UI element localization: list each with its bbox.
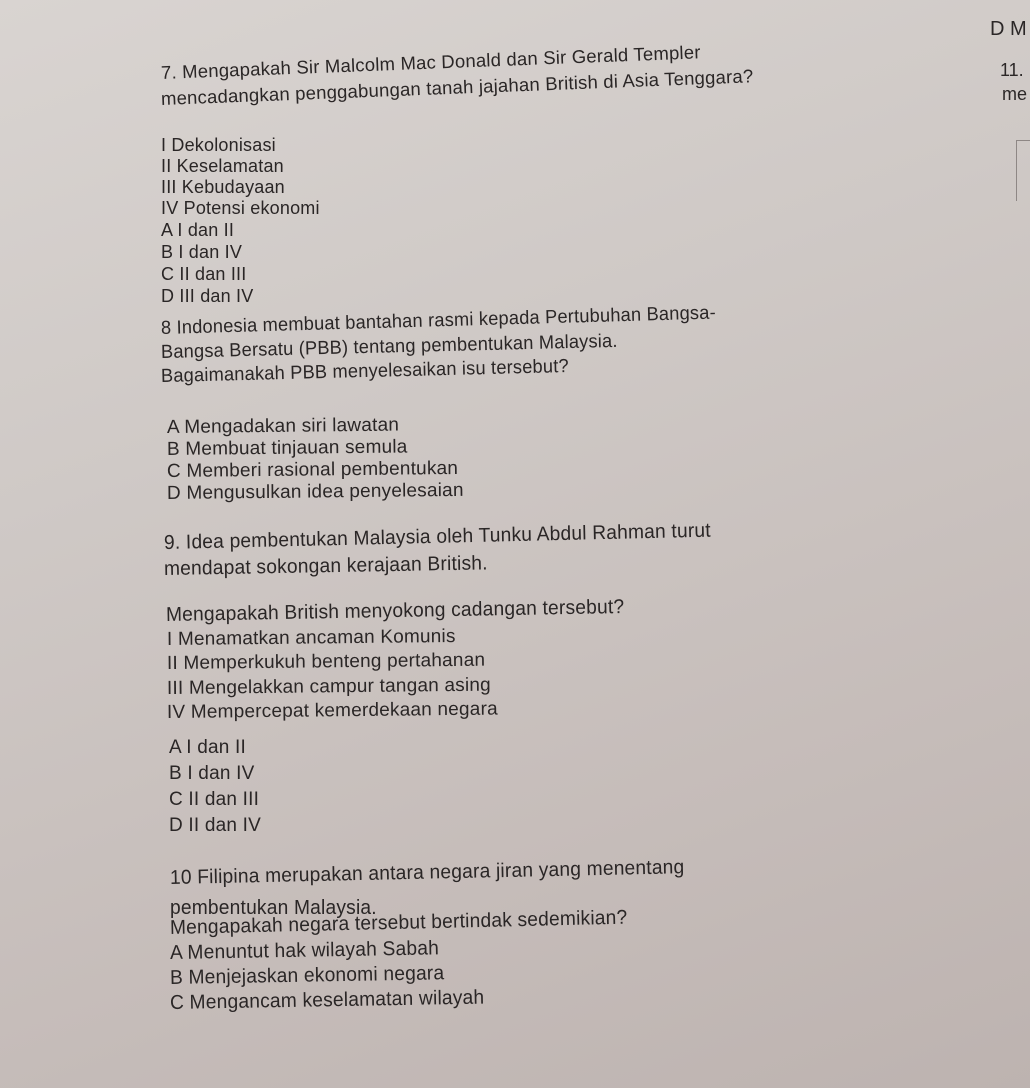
question-7-statement-1: I Dekolonisasi [161, 135, 276, 156]
question-9-sub-question: Mengapakah British menyokong cadangan te… [166, 596, 625, 627]
question-7-statement-3: III Kebudayaan [161, 177, 285, 198]
question-8-option-a[interactable]: A Mengadakan siri lawatan [167, 415, 399, 439]
question-8-option-c[interactable]: C Memberi rasional pembentukan [167, 458, 458, 483]
question-7-option-b[interactable]: B I dan IV [161, 242, 242, 263]
question-9-statement-4: IV Mempercepat kemerdekaan negara [167, 699, 498, 724]
question-7-option-a[interactable]: A I dan II [161, 220, 234, 241]
question-10-option-c[interactable]: C Mengancam keselamatan wilayah [170, 987, 485, 1015]
question-7-option-d[interactable]: D III dan IV [161, 286, 253, 307]
question-8-option-b[interactable]: B Membuat tinjauan semula [167, 436, 408, 461]
question-9-statement-2: II Memperkukuh benteng pertahanan [167, 650, 485, 675]
question-7-statement-2: II Keselamatan [161, 156, 284, 177]
question-11-number: 11. [1000, 60, 1024, 81]
question-9-option-d[interactable]: D II dan IV [169, 815, 261, 837]
question-10-option-a[interactable]: A Menuntut hak wilayah Sabah [170, 937, 439, 965]
question-10-option-b[interactable]: B Menjejaskan ekonomi negara [170, 962, 445, 990]
question-9-statement-1: I Menamatkan ancaman Komunis [167, 626, 456, 651]
question-7-statement-4: IV Potensi ekonomi [161, 198, 320, 219]
question-9-option-a[interactable]: A I dan II [169, 737, 246, 759]
question-10-stem-line-1: 10 Filipina merupakan antara negara jira… [170, 856, 685, 890]
question-11-text-fragment: me [1002, 84, 1027, 105]
column-header-fragment: D M [990, 18, 1027, 41]
question-9-statement-3: III Mengelakkan campur tangan asing [167, 675, 491, 700]
question-8-option-d[interactable]: D Mengusulkan idea penyelesaian [167, 480, 464, 505]
question-9-option-c[interactable]: C II dan III [169, 789, 259, 811]
question-9-option-b[interactable]: B I dan IV [169, 763, 254, 785]
question-9-stem-line-2: mendapat sokongan kerajaan British. [164, 552, 488, 581]
diagram-fragment [1016, 140, 1030, 201]
question-9-stem-line-1: 9. Idea pembentukan Malaysia oleh Tunku … [164, 520, 711, 555]
question-7-option-c[interactable]: C II dan III [161, 264, 246, 285]
